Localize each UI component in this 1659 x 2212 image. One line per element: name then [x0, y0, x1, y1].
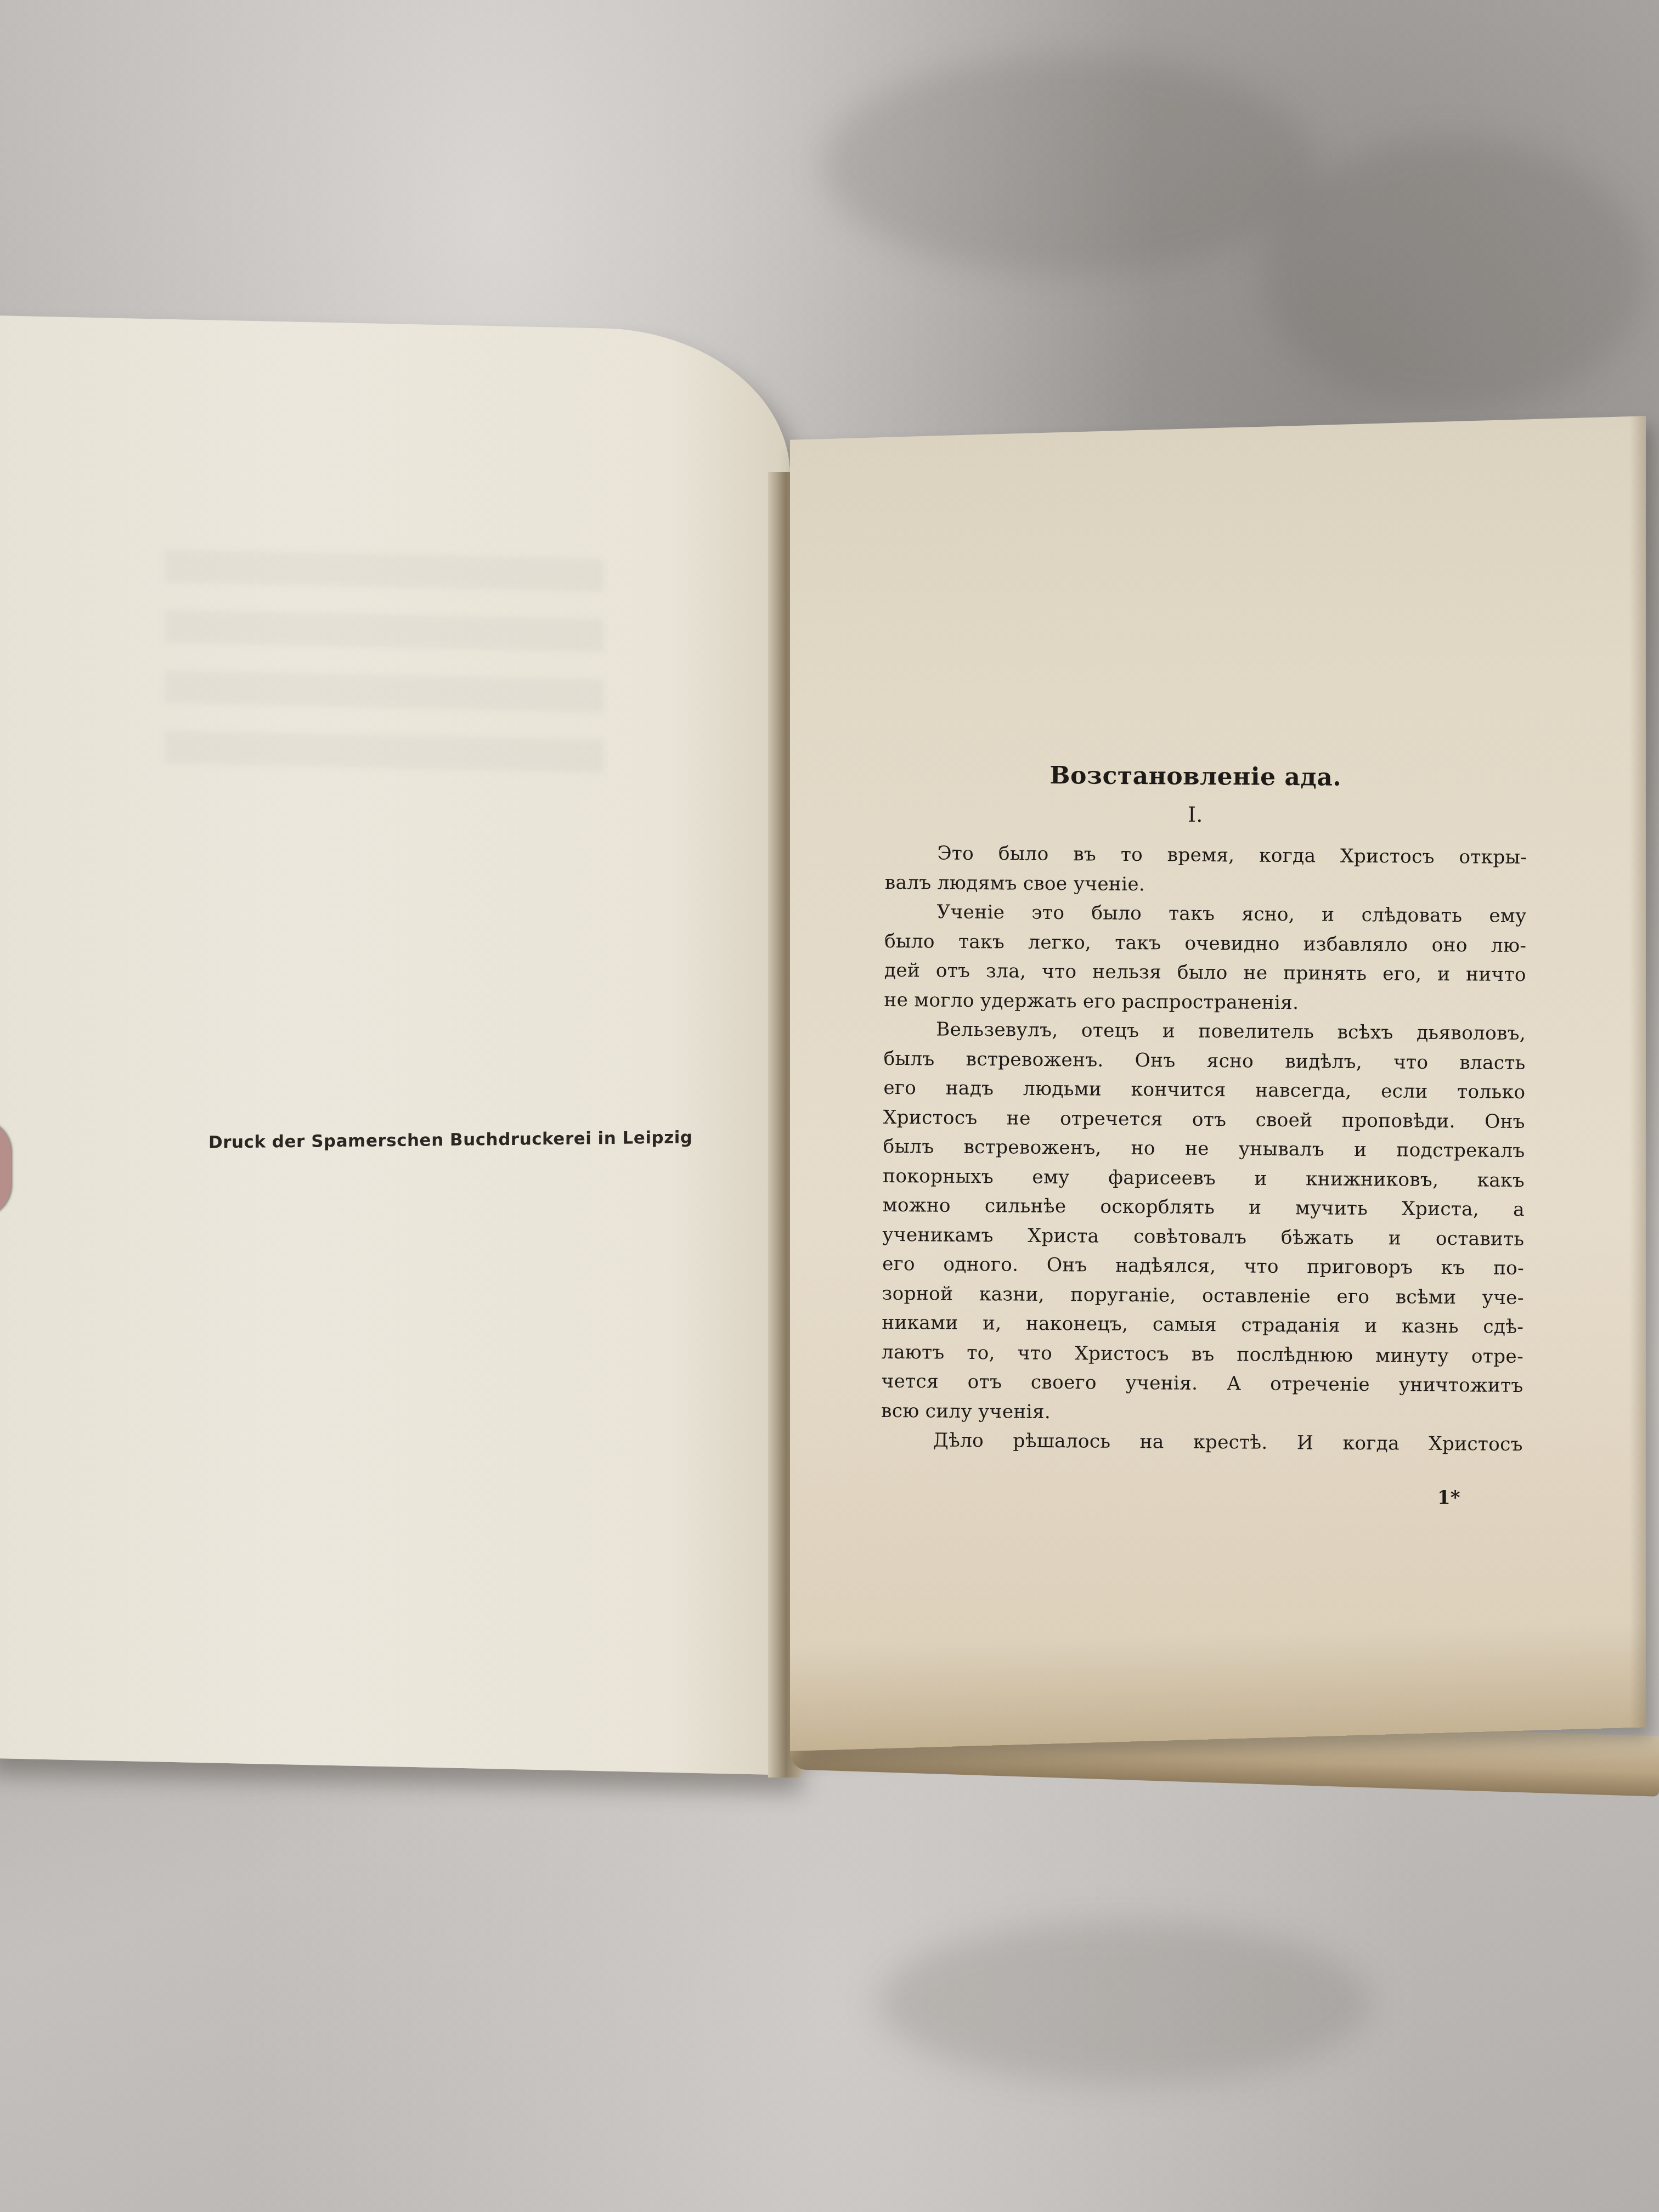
text-line: Дѣло рѣшалось на крестѣ. И когда Христос… [881, 1426, 1523, 1460]
text-line: былъ встревоженъ, но не унывалъ и подстр… [883, 1132, 1525, 1166]
page-title: Возстановленіе ада. [885, 760, 1527, 793]
body-text: Это было въ то время, когда Христосъ отк… [881, 839, 1527, 1460]
text-line: не могло удержать его распространенія. [884, 985, 1526, 1019]
show-through-text [165, 550, 603, 789]
text-line: былъ встревоженъ. Онъ ясно видѣлъ, что в… [883, 1044, 1525, 1078]
text-line: чется отъ своего ученія. А отреченіе уни… [881, 1367, 1523, 1401]
text-line: никами и, наконецъ, самыя страданія и ка… [882, 1308, 1523, 1342]
table-surface-shadow [878, 1920, 1372, 2085]
text-line: всю силу ученія. [881, 1396, 1523, 1430]
text-line: Вельзевулъ, отецъ и повелитель всѣхъ дья… [884, 1015, 1526, 1049]
right-page-text: Возстановленіе ада. I. Это было въ то вр… [881, 760, 1528, 1460]
chapter-number: I. [885, 800, 1527, 829]
text-line: ученикамъ Христа совѣтовалъ бѣжать и ост… [882, 1220, 1524, 1254]
text-line: его одного. Онъ надѣялся, что приговоръ … [882, 1250, 1524, 1284]
table-surface-shadow [1262, 137, 1646, 411]
table-surface-shadow [823, 55, 1317, 274]
left-page [0, 315, 790, 1775]
page-number: 1* [1437, 1487, 1460, 1509]
text-line: Ученіе это было такъ ясно, и слѣдовать е… [884, 898, 1526, 932]
text-line: валъ людямъ свое ученіе. [885, 868, 1527, 902]
text-line: покорныхъ ему фарисеевъ и книжниковъ, ка… [883, 1161, 1525, 1195]
text-line: Христосъ не отречется отъ своей проповѣд… [883, 1103, 1525, 1137]
text-line: дей отъ зла, что нельзя было не принять … [884, 956, 1526, 990]
text-line: лаютъ то, что Христосъ въ послѣднюю мину… [882, 1338, 1523, 1372]
text-line: было такъ легко, такъ очевидно избавляло… [884, 927, 1526, 961]
text-line: его надъ людьми кончится навсегда, если … [883, 1074, 1525, 1108]
text-line: зорной казни, поруганіе, оставленіе его … [882, 1279, 1523, 1313]
text-line: можно сильнѣе оскорблять и мучить Христа… [883, 1191, 1525, 1225]
text-line: Это было въ то время, когда Христосъ отк… [885, 839, 1527, 873]
